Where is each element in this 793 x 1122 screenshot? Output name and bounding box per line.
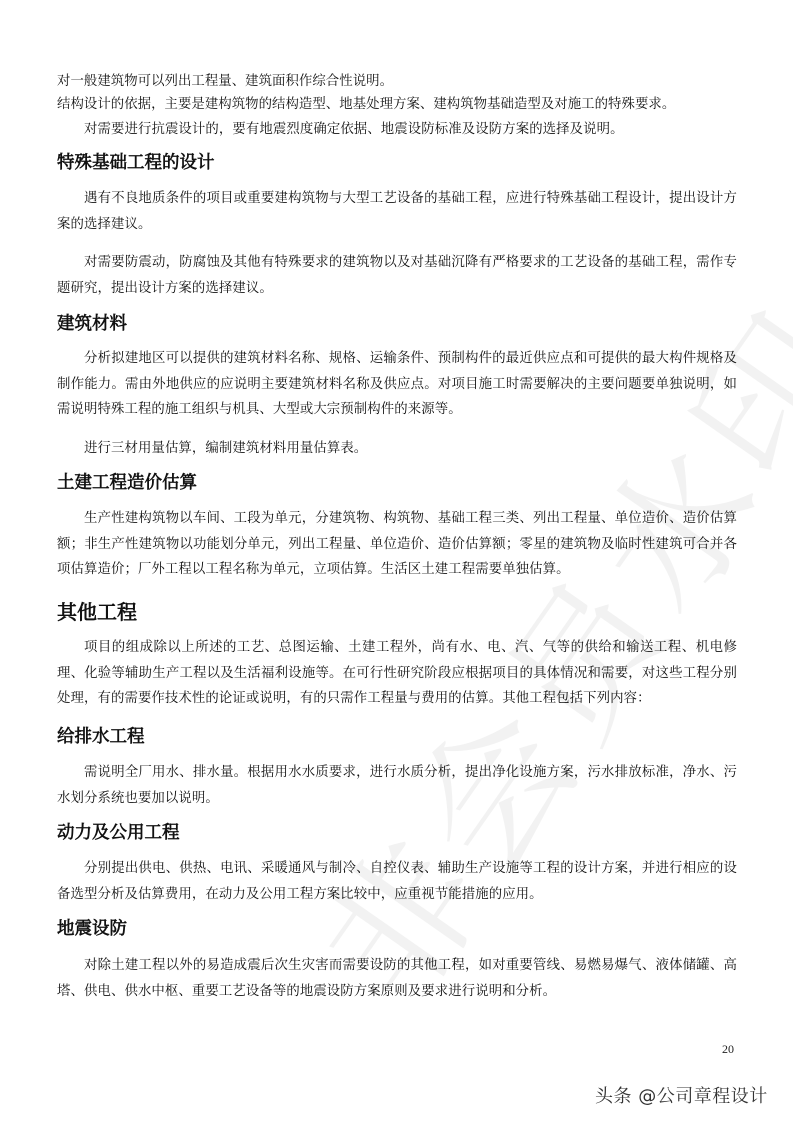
paragraph: 对需要进行抗震设计的，要有地震烈度确定依据、地震设防标准及设防方案的选择及说明。 bbox=[57, 117, 737, 143]
section-heading: 土建工程造价估算 bbox=[57, 472, 197, 494]
paragraph: 需说明全厂用水、排水量。根据用水水质要求，进行水质分析，提出净化设施方案，污水排… bbox=[57, 760, 737, 811]
source-credit: 头条 @公司章程设计 bbox=[595, 1082, 768, 1108]
paragraph: 项目的组成除以上所述的工艺、总图运输、土建工程外，尚有水、电、汽、气等的供给和输… bbox=[57, 635, 737, 712]
paragraph: 生产性建构筑物以车间、工段为单元，分建筑物、构筑物、基础工程三类、列出工程量、单… bbox=[57, 506, 737, 583]
section-heading: 动力及公用工程 bbox=[57, 822, 180, 844]
text-line: 结构设计的依据，主要是建构筑物的结构造型、地基处理方案、建构筑物基础造型及对施工… bbox=[57, 97, 675, 113]
paragraph: 进行三材用量估算，编制建筑材料用量估算表。 bbox=[57, 436, 737, 462]
section-heading: 地震设防 bbox=[57, 918, 127, 940]
section-heading: 特殊基础工程的设计 bbox=[57, 152, 215, 174]
paragraph: 分析拟建地区可以提供的建筑材料名称、规格、运输条件、预制构件的最近供应点和可提供… bbox=[57, 346, 737, 423]
text-line: 对一般建筑物可以列出工程量、建筑面积作综合性说明。 bbox=[57, 74, 393, 90]
page-number: 20 bbox=[722, 1042, 734, 1057]
section-heading: 建筑材料 bbox=[57, 313, 127, 335]
paragraph: 对除土建工程以外的易造成震后次生灾害而需要设防的其他工程，如对重要管线、易燃易爆… bbox=[57, 953, 737, 1004]
paragraph: 遇有不良地质条件的项目或重要建构筑物与大型工艺设备的基础工程，应进行特殊基础工程… bbox=[57, 186, 737, 237]
section-heading: 给排水工程 bbox=[57, 726, 145, 748]
section-heading: 其他工程 bbox=[57, 601, 137, 623]
paragraph: 分别提出供电、供热、电讯、采暖通风与制冷、自控仪表、辅助生产设施等工程的设计方案… bbox=[57, 856, 737, 907]
paragraph: 对需要防震动，防腐蚀及其他有特殊要求的建筑物以及对基础沉降有严格要求的工艺设备的… bbox=[57, 250, 737, 301]
